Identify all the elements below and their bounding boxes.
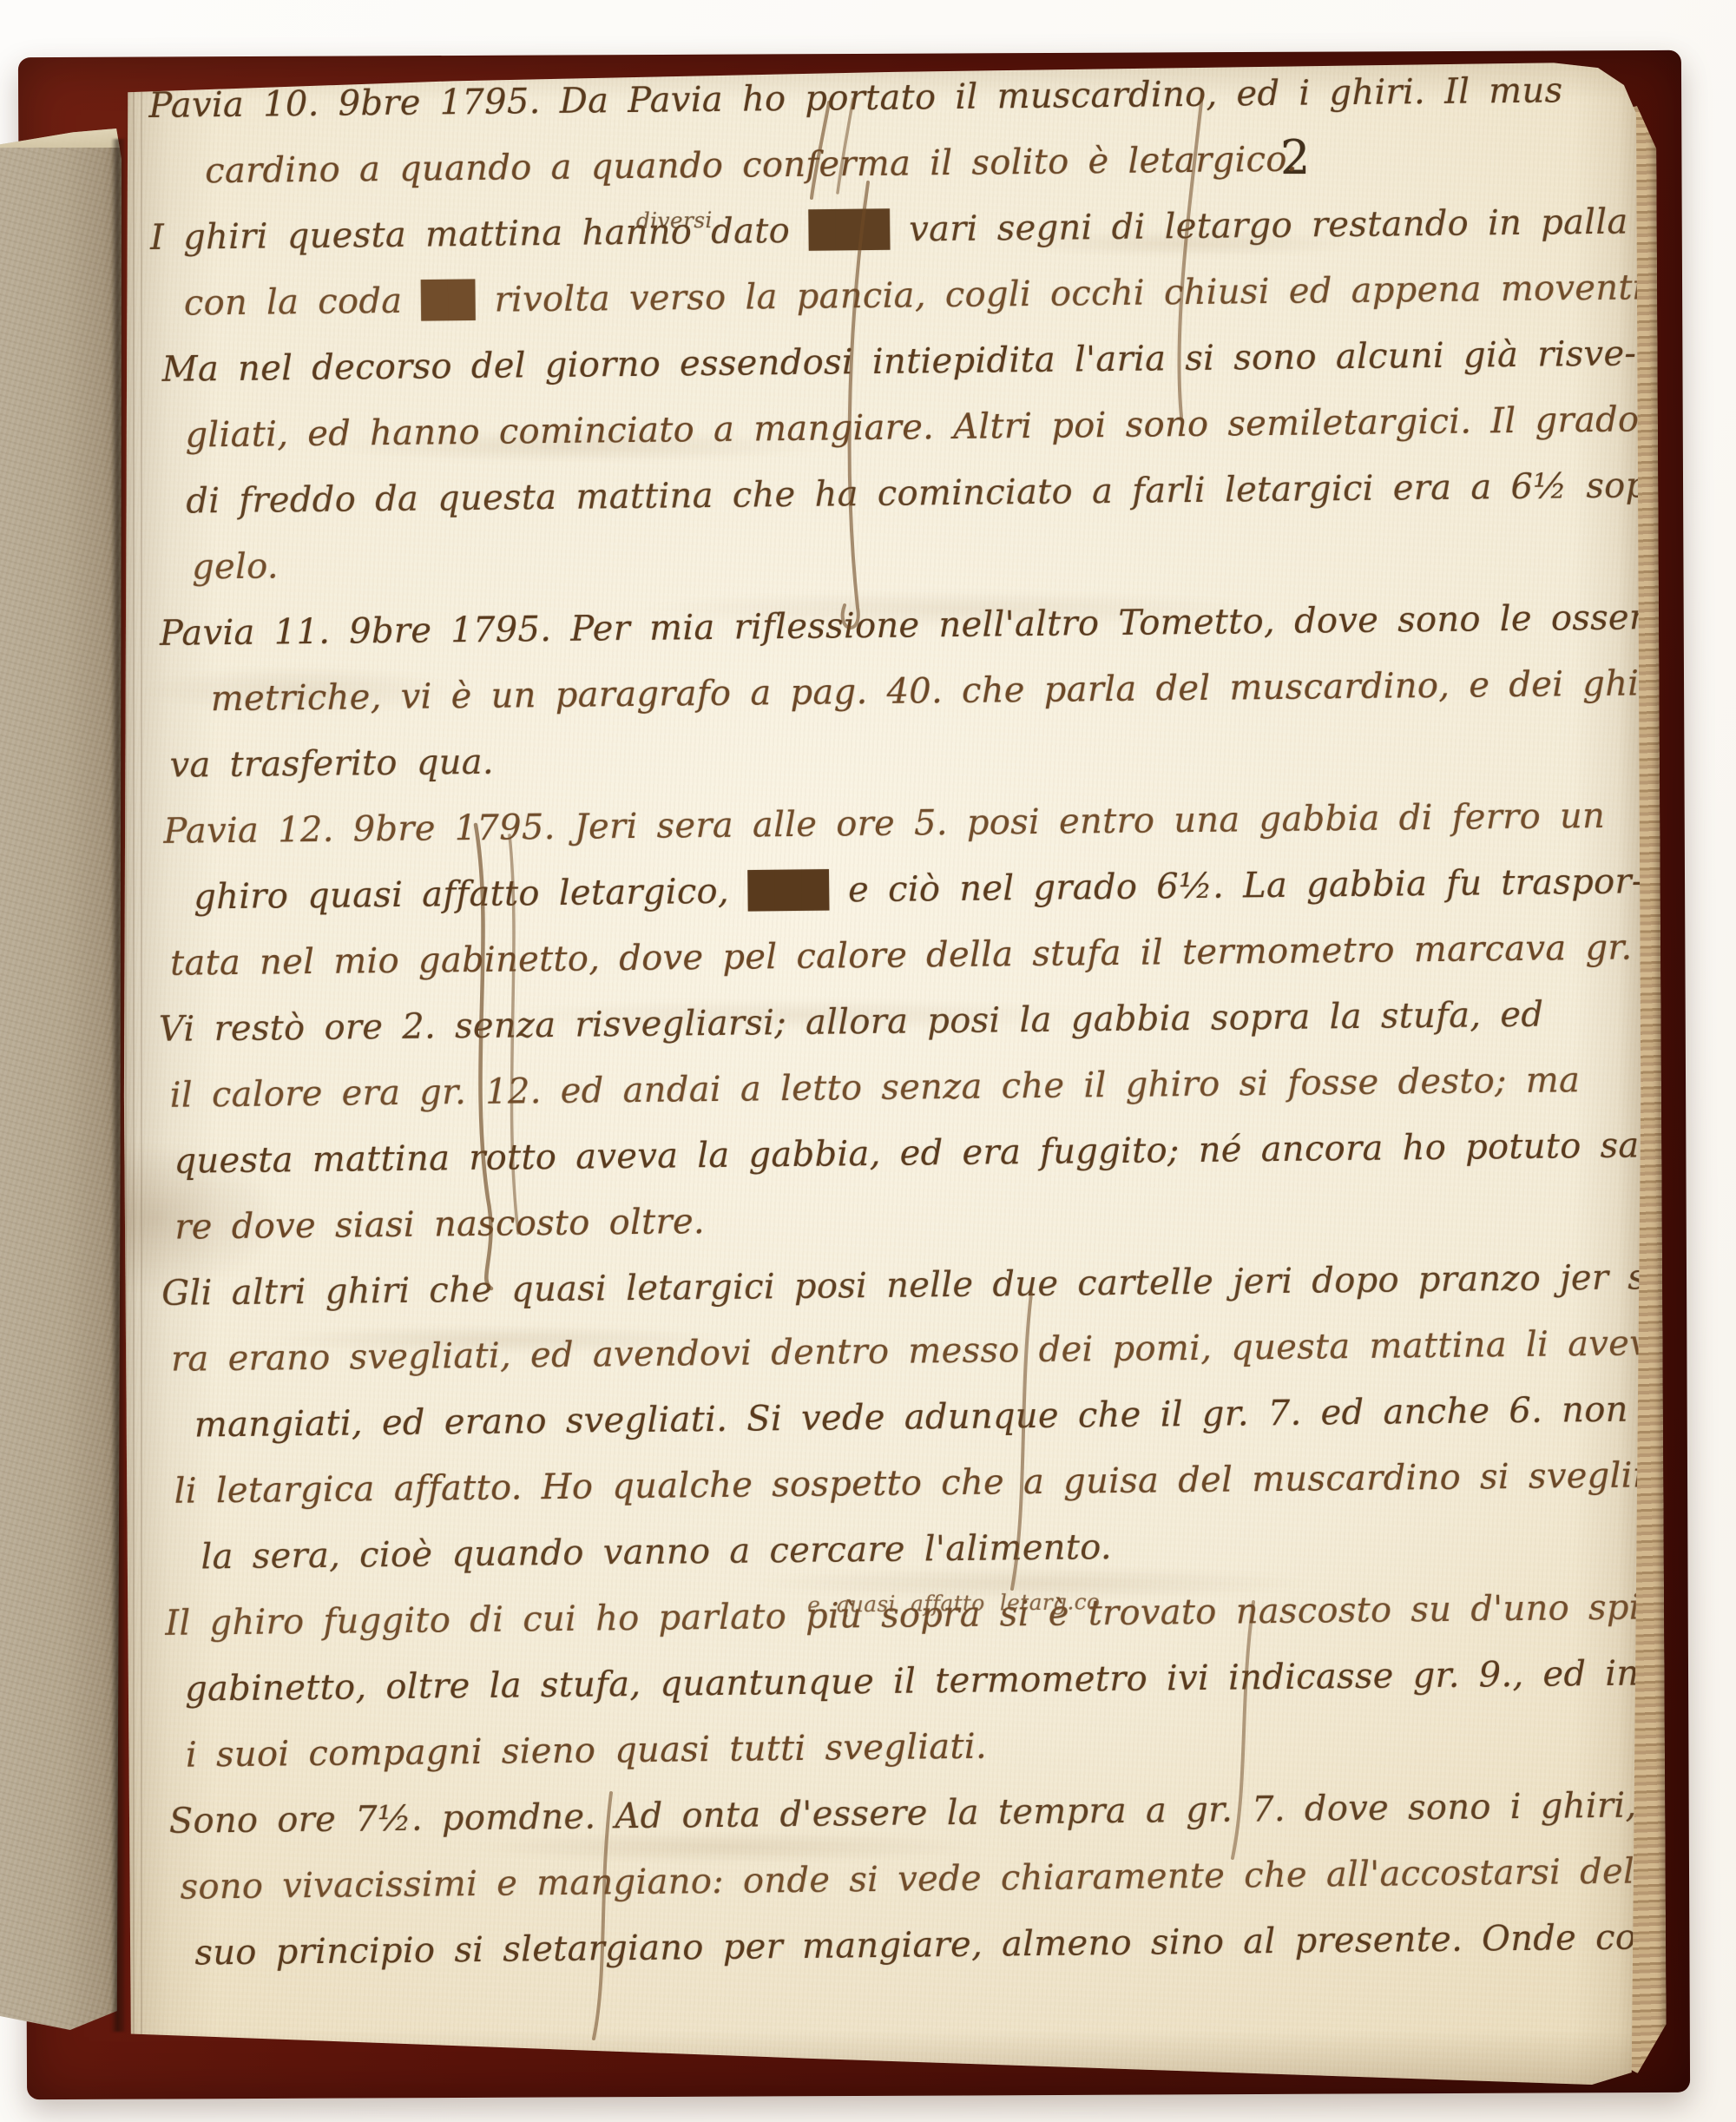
line-text: Gli altri ghiri che quasi letargici posi…: [161, 1257, 1642, 1314]
line-text: gabinetto, oltre la stufa, quantunque il…: [185, 1650, 1642, 1709]
line-text: li letargica affatto. Ho qualche sospett…: [174, 1455, 1642, 1512]
line-text: va trasferito qua.: [169, 742, 494, 786]
line-text: di freddo da questa mattina che ha comin…: [186, 465, 1642, 521]
line-text: suo principio si sletargiano per mangiar…: [194, 1916, 1642, 1973]
line-text: ghiro quasi affatto letargico, ███ e ciò…: [194, 861, 1642, 917]
line-text: i suoi compagni sieno quasi tutti svegli…: [186, 1727, 987, 1776]
interlinear-insertion: diversi: [636, 209, 713, 232]
line-text: Pavia 12. 9bre 1795. Jeri sera alle ore …: [163, 796, 1605, 852]
line-text: il calore era gr. 12. ed andai a letto s…: [169, 1060, 1580, 1116]
scanned-notebook-photo: 2 Pavia 10. 9bre 1795. Da Pavia ho porta…: [0, 0, 1736, 2122]
line-text: I ghiri questa mattina hanno dato ███ va…: [150, 202, 1628, 258]
line-text: re dove siasi nascosto oltre.: [174, 1202, 705, 1248]
line-text: mangiati, ed erano svegliati. Si vede ad…: [194, 1390, 1628, 1446]
line-text: gelo.: [192, 546, 279, 587]
line-text: tata nel mio gabinetto, dove pel calore …: [170, 927, 1642, 984]
line-text: la sera, cioè quando vanno a cercare l'a…: [201, 1527, 1112, 1577]
interlinear-insertion: e quasi affatto letarg.co: [807, 1591, 1100, 1616]
line-text: questa mattina rotto aveva la gabbia, ed…: [174, 1125, 1642, 1182]
line-text: Vi restò ore 2. senza risvegliarsi; allo…: [159, 995, 1544, 1050]
line-text: Pavia 11. 9bre 1795. Per mia riflessione…: [160, 596, 1642, 654]
line-text: metriche, vi è un paragrafo a pag. 40. c…: [211, 662, 1642, 719]
left-endpaper: [0, 129, 122, 2030]
line-text: gliati, ed hanno cominciato a mangiare. …: [185, 399, 1639, 455]
manuscript-page: 2 Pavia 10. 9bre 1795. Da Pavia ho porta…: [117, 61, 1642, 2091]
gutter-shadow: [111, 139, 125, 2032]
line-text: sono vivacissimi e mangiano: onde si ved…: [180, 1849, 1642, 1907]
line-text: con la coda ██ rivolta verso la pancia, …: [184, 267, 1642, 324]
line-text: Sono ore 7½. pomdne. Ad onta d'essere la…: [169, 1783, 1642, 1842]
line-text: cardino a quando a quando conferma il so…: [205, 140, 1298, 192]
line-text: ra erano svegliati, ed avendovi dentro m…: [171, 1323, 1642, 1380]
line-text: Ma nel decorso del giorno essendosi inti…: [161, 333, 1636, 389]
handwritten-text: Pavia 10. 9bre 1795. Da Pavia ho portato…: [148, 61, 1642, 1987]
